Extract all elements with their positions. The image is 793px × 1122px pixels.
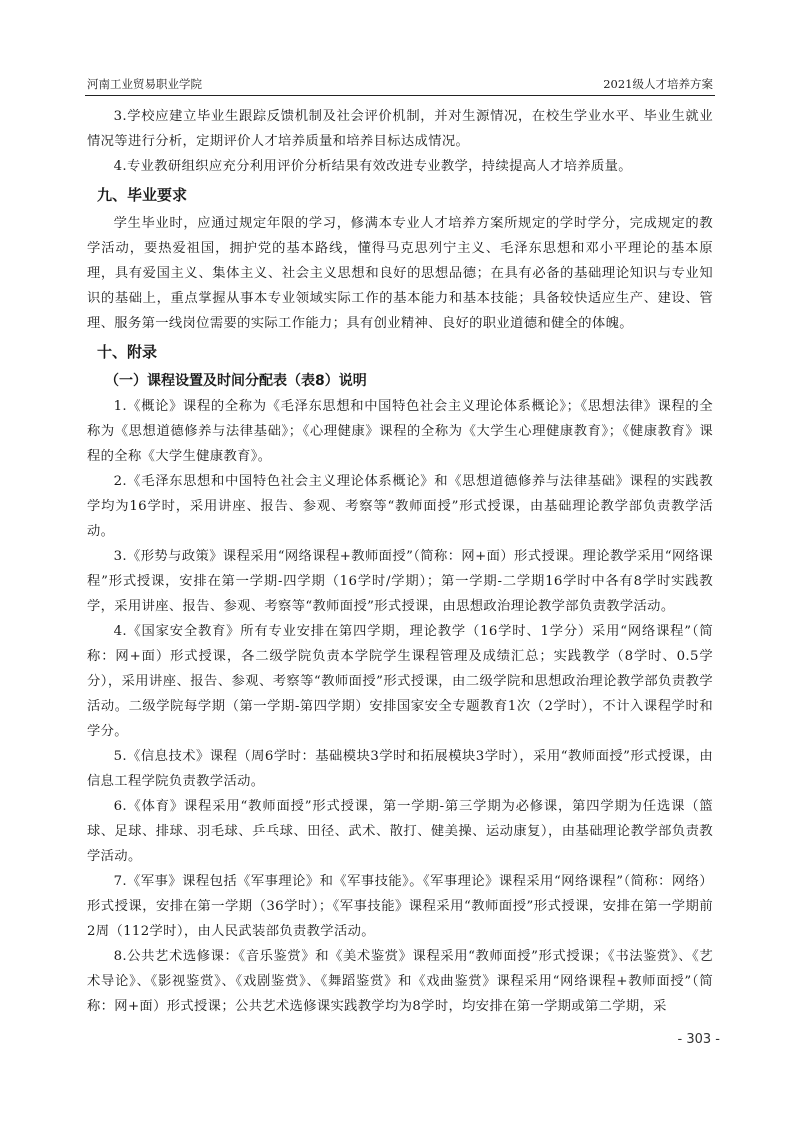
paragraph-note-5: 5.《信息技术》课程（周6学时：基础模块3学时和拓展模块3学时），采用“教师面授… (87, 744, 713, 794)
subsection-heading-course-schedule: （一）课程设置及时间分配表（表8）说明 (87, 368, 713, 394)
paragraph-note-3: 3.《形势与政策》课程采用“网络课程+教师面授”（简称：网+面）形式授课。理论教… (87, 544, 713, 619)
paragraph-evaluation-3: 3.学校应建立毕业生跟踪反馈机制及社会评价机制，并对生源情况，在校生学业水平、毕… (87, 104, 713, 154)
header-divider (85, 95, 715, 96)
page-number: - 303 - (620, 1032, 720, 1047)
paragraph-note-8: 8.公共艺术选修课：《音乐鉴赏》和《美术鉴赏》课程采用“教师面授”形式授课；《书… (87, 944, 713, 1019)
paragraph-note-1: 1.《概论》课程的全称为《毛泽东思想和中国特色社会主义理论体系概论》；《思想法律… (87, 394, 713, 469)
header-institution: 河南工业贸易职业学院 (87, 76, 202, 92)
section-heading-graduation-requirements: 九、毕业要求 (87, 179, 713, 211)
section-heading-appendix: 十、附录 (87, 336, 713, 368)
running-header: 河南工业贸易职业学院 2021级人才培养方案 (87, 76, 713, 96)
paragraph-note-7: 7.《军事》课程包括《军事理论》和《军事技能》。《军事理论》课程采用“网络课程”… (87, 869, 713, 944)
paragraph-graduation-requirements: 学生毕业时，应通过规定年限的学习，修满本专业人才培养方案所规定的学时学分，完成规… (87, 211, 713, 336)
paragraph-note-2: 2.《毛泽东思想和中国特色社会主义理论体系概论》和《思想道德修养与法律基础》课程… (87, 469, 713, 544)
paragraph-note-4: 4.《国家安全教育》所有专业安排在第四学期，理论教学（16学时、1学分）采用“网… (87, 619, 713, 744)
paragraph-evaluation-4: 4.专业教研组织应充分利用评价分析结果有效改进专业教学，持续提高人才培养质量。 (87, 154, 713, 179)
paragraph-note-6: 6.《体育》课程采用“教师面授”形式授课，第一学期-第三学期为必修课，第四学期为… (87, 794, 713, 869)
page-body: 3.学校应建立毕业生跟踪反馈机制及社会评价机制，并对生源情况，在校生学业水平、毕… (87, 104, 713, 1019)
header-document-title: 2021级人才培养方案 (603, 76, 713, 92)
